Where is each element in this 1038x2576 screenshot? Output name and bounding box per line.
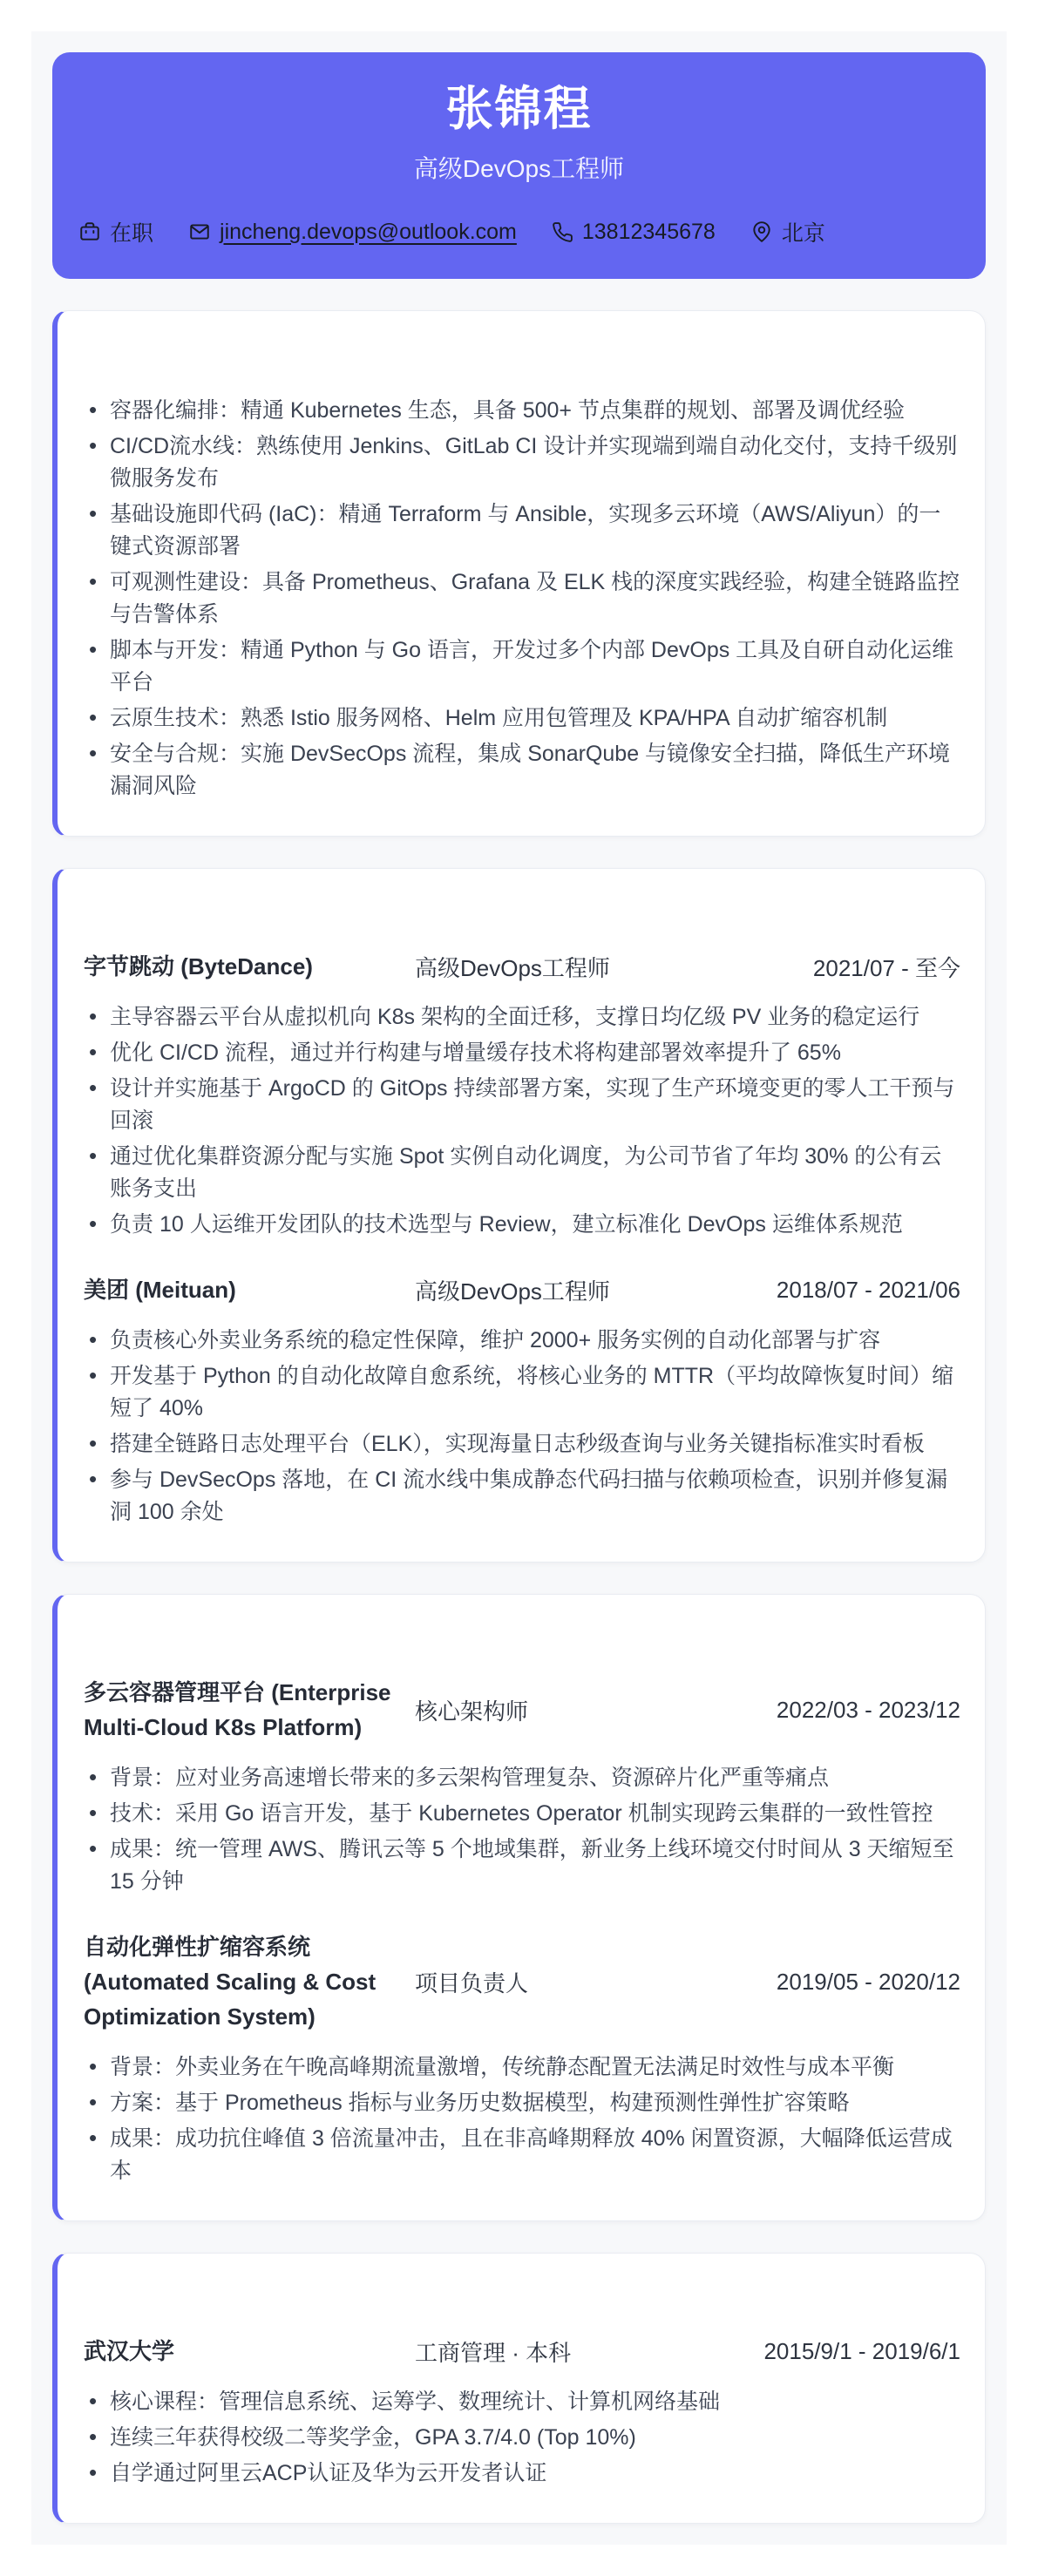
bullet-item: 技术：采用 Go 语言开发，基于 Kubernetes Operator 机制实… xyxy=(110,1798,960,1830)
resume-sections: 容器化编排：精通 Kubernetes 生态，具备 500+ 节点集群的规划、部… xyxy=(52,310,986,2524)
bullet-item: 自学通过阿里云ACP认证及华为云开发者认证 xyxy=(110,2457,960,2490)
contact-row: 在职jincheng.devops@outlook.com13812345678… xyxy=(78,216,960,247)
candidate-name: 张锦程 xyxy=(78,82,960,136)
bullet-item: 背景：外卖业务在午晚高峰期流量激增，传统静态配置无法满足时效性与成本平衡 xyxy=(110,2051,960,2084)
bullet-item: 方案：基于 Prometheus 指标与业务历史数据模型，构建预测性弹性扩容策略 xyxy=(110,2087,960,2119)
bullet-item: CI/CD流水线：熟练使用 Jenkins、GitLab CI 设计并实现端到端… xyxy=(110,430,960,495)
entry-title: 武汉大学 xyxy=(84,2334,399,2369)
entry-title: 多云容器管理平台 (Enterprise Multi-Cloud K8s Pla… xyxy=(84,1675,399,1745)
bullet-item: 负责 10 人运维开发团队的技术选型与 Review，建立标准化 DevOps … xyxy=(110,1209,960,1241)
bullet-list: 核心课程：管理信息系统、运筹学、数理统计、计算机网络基础连续三年获得校级二等奖学… xyxy=(84,2386,960,2490)
bullet-item: 核心课程：管理信息系统、运筹学、数理统计、计算机网络基础 xyxy=(110,2386,960,2418)
resume-page-container: 张锦程 高级DevOps工程师 在职jincheng.devops@outloo… xyxy=(31,31,1007,2545)
bullet-item: 脚本与开发：精通 Python 与 Go 语言，开发过多个内部 DevOps 工… xyxy=(110,634,960,699)
entry-role: 核心架构师 xyxy=(415,1694,761,1726)
entry-header: 武汉大学工商管理 · 本科2015/9/1 - 2019/6/1 xyxy=(84,2334,960,2369)
bullet-item: 成果：成功抗住峰值 3 倍流量冲击，且在非高峰期释放 40% 闲置资源，大幅降低… xyxy=(110,2123,960,2187)
bullet-item: 搭建全链路日志处理平台（ELK），实现海量日志秒级查询与业务关键指标准实时看板 xyxy=(110,1428,960,1461)
contact-item-mail[interactable]: jincheng.devops@outlook.com xyxy=(188,220,517,245)
location-icon xyxy=(750,220,773,243)
projects-entry: 多云容器管理平台 (Enterprise Multi-Cloud K8s Pla… xyxy=(84,1675,960,1898)
card-education: 武汉大学工商管理 · 本科2015/9/1 - 2019/6/1核心课程：管理信… xyxy=(52,2253,986,2524)
bullet-item: 容器化编排：精通 Kubernetes 生态，具备 500+ 节点集群的规划、部… xyxy=(110,395,960,427)
entry-header: 自动化弹性扩缩容系统 (Automated Scaling & Cost Opt… xyxy=(84,1929,960,2034)
entry-date: 2021/07 - 至今 xyxy=(813,951,960,983)
bullet-item: 连续三年获得校级二等奖学金，GPA 3.7/4.0 (Top 10%) xyxy=(110,2422,960,2454)
projects-entry: 自动化弹性扩缩容系统 (Automated Scaling & Cost Opt… xyxy=(84,1929,960,2187)
contact-item-location: 北京 xyxy=(750,216,825,247)
entry-role: 项目负责人 xyxy=(415,1966,761,1998)
contact-text: 北京 xyxy=(782,216,825,247)
phone-icon xyxy=(552,221,573,243)
page: 张锦程 高级DevOps工程师 在职jincheng.devops@outloo… xyxy=(0,0,1038,2576)
entry-role: 高级DevOps工程师 xyxy=(415,1274,761,1306)
bullet-list: 背景：应对业务高速增长带来的多云架构管理复杂、资源碎片化严重等痛点技术：采用 G… xyxy=(84,1762,960,1898)
entry-role: 工商管理 · 本科 xyxy=(415,2335,748,2368)
contact-text: 13812345678 xyxy=(582,220,716,245)
entry-header: 字节跳动 (ByteDance)高级DevOps工程师2021/07 - 至今 xyxy=(84,949,960,984)
bullet-list: 主导容器云平台从虚拟机向 K8s 架构的全面迁移，支撑日均亿级 PV 业务的稳定… xyxy=(84,1001,960,1241)
bullet-item: 主导容器云平台从虚拟机向 K8s 架构的全面迁移，支撑日均亿级 PV 业务的稳定… xyxy=(110,1001,960,1034)
briefcase-icon xyxy=(78,220,101,243)
bullet-item: 参与 DevSecOps 落地，在 CI 流水线中集成静态代码扫描与依赖项检查，… xyxy=(110,1464,960,1529)
experience-entry: 美团 (Meituan)高级DevOps工程师2018/07 - 2021/06… xyxy=(84,1272,960,1529)
bullet-item: 设计并实施基于 ArgoCD 的 GitOps 持续部署方案，实现了生产环境变更… xyxy=(110,1073,960,1137)
entry-date: 2019/05 - 2020/12 xyxy=(777,1969,960,1996)
bullet-item: 安全与合规：实施 DevSecOps 流程，集成 SonarQube 与镜像安全… xyxy=(110,738,960,803)
resume-header-card: 张锦程 高级DevOps工程师 在职jincheng.devops@outloo… xyxy=(52,52,986,279)
bullet-item: 负责核心外卖业务系统的稳定性保障，维护 2000+ 服务实例的自动化部署与扩容 xyxy=(110,1325,960,1357)
bullet-item: 云原生技术：熟悉 Istio 服务网格、Helm 应用包管理及 KPA/HPA … xyxy=(110,702,960,735)
entry-title: 自动化弹性扩缩容系统 (Automated Scaling & Cost Opt… xyxy=(84,1929,399,2034)
bullet-item: 背景：应对业务高速增长带来的多云架构管理复杂、资源碎片化严重等痛点 xyxy=(110,1762,960,1794)
entry-header: 多云容器管理平台 (Enterprise Multi-Cloud K8s Pla… xyxy=(84,1675,960,1745)
contact-item-phone: 13812345678 xyxy=(552,220,716,245)
entry-date: 2015/9/1 - 2019/6/1 xyxy=(763,2338,960,2365)
education-entry: 武汉大学工商管理 · 本科2015/9/1 - 2019/6/1核心课程：管理信… xyxy=(84,2334,960,2490)
experience-entry: 字节跳动 (ByteDance)高级DevOps工程师2021/07 - 至今主… xyxy=(84,949,960,1241)
entry-date: 2022/03 - 2023/12 xyxy=(777,1697,960,1724)
bullet-item: 可观测性建设：具备 Prometheus、Grafana 及 ELK 栈的深度实… xyxy=(110,566,960,631)
entry-title: 字节跳动 (ByteDance) xyxy=(84,949,399,984)
bullet-item: 通过优化集群资源分配与实施 Spot 实例自动化调度，为公司节省了年均 30% … xyxy=(110,1141,960,1205)
bullet-list: 容器化编排：精通 Kubernetes 生态，具备 500+ 节点集群的规划、部… xyxy=(84,395,960,803)
bullet-item: 优化 CI/CD 流程，通过并行构建与增量缓存技术将构建部署效率提升了 65% xyxy=(110,1037,960,1069)
bullet-item: 开发基于 Python 的自动化故障自愈系统，将核心业务的 MTTR（平均故障恢… xyxy=(110,1360,960,1425)
bullet-list: 背景：外卖业务在午晚高峰期流量激增，传统静态配置无法满足时效性与成本平衡方案：基… xyxy=(84,2051,960,2187)
contact-item-briefcase: 在职 xyxy=(78,216,153,247)
entry-date: 2018/07 - 2021/06 xyxy=(777,1277,960,1304)
bullet-item: 成果：统一管理 AWS、腾讯云等 5 个地域集群，新业务上线环境交付时间从 3 … xyxy=(110,1834,960,1898)
contact-text: 在职 xyxy=(110,216,153,247)
card-skills: 容器化编排：精通 Kubernetes 生态，具备 500+ 节点集群的规划、部… xyxy=(52,310,986,837)
bullet-list: 负责核心外卖业务系统的稳定性保障，维护 2000+ 服务实例的自动化部署与扩容开… xyxy=(84,1325,960,1529)
entry-role: 高级DevOps工程师 xyxy=(415,951,797,983)
mail-icon xyxy=(188,220,211,243)
card-projects: 多云容器管理平台 (Enterprise Multi-Cloud K8s Pla… xyxy=(52,1594,986,2221)
card-experience: 字节跳动 (ByteDance)高级DevOps工程师2021/07 - 至今主… xyxy=(52,868,986,1563)
entry-header: 美团 (Meituan)高级DevOps工程师2018/07 - 2021/06 xyxy=(84,1272,960,1307)
contact-text[interactable]: jincheng.devops@outlook.com xyxy=(220,220,517,245)
bullet-item: 基础设施即代码 (IaC)：精通 Terraform 与 Ansible，实现多… xyxy=(110,498,960,563)
entry-title: 美团 (Meituan) xyxy=(84,1272,399,1307)
candidate-job-title: 高级DevOps工程师 xyxy=(78,150,960,185)
